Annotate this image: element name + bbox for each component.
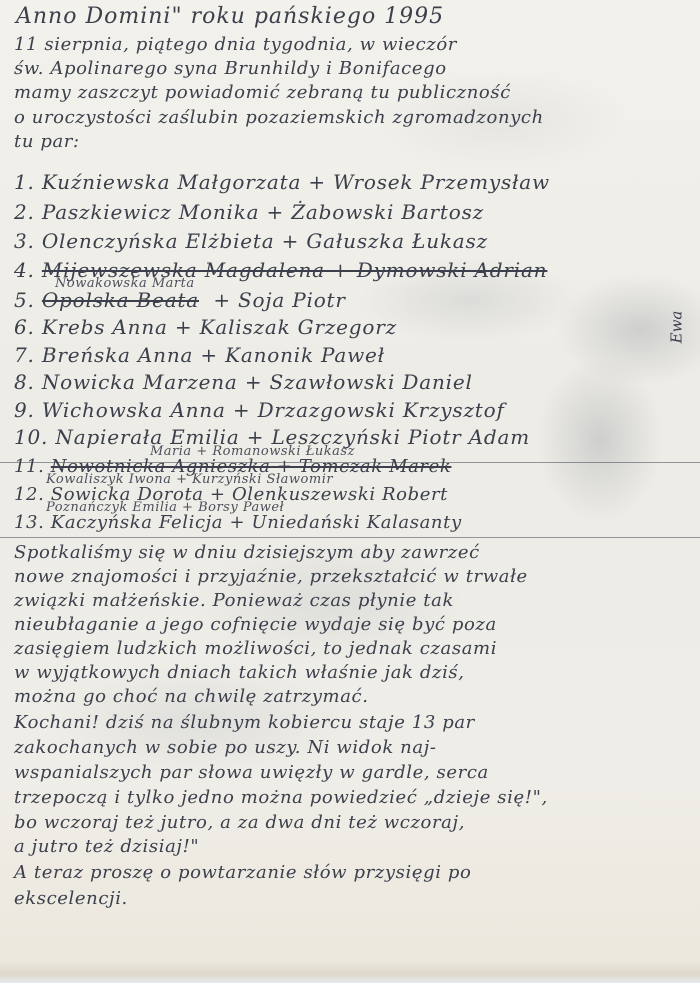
couple-number: 4. [14, 258, 35, 282]
couple-number: 10. [14, 425, 48, 449]
couple-names: Breńska Anna + Kanonik Paweł [42, 343, 385, 367]
body-line: A teraz proszę o powtarzanie słów przysi… [14, 862, 471, 883]
couple-number: 13. [14, 512, 44, 533]
body-line: trzepoczą i tylko jedno można powiedzieć… [14, 787, 548, 808]
couple-names: Kuźniewska Małgorzata + Wrosek Przemysła… [42, 170, 550, 194]
couple-item: 6. Krebs Anna + Kaliszak Grzegorz [14, 315, 397, 339]
couple-names: Nowicka Marzena + Szawłowski Daniel [42, 370, 473, 394]
body-line: a jutro też dzisiaj!" [14, 836, 199, 857]
body-line: wspanialszych par słowa uwięzły w gardle… [14, 762, 489, 783]
couple-item: 3. Olenczyńska Elżbieta + Gałuszka Łukas… [14, 229, 488, 253]
couple-number: 11. [14, 456, 44, 477]
couple-names: Olenczyńska Elżbieta + Gałuszka Łukasz [42, 229, 488, 253]
couple-names: Wichowska Anna + Drzazgowski Krzysztof [42, 398, 505, 422]
body-line: Kochani! dziś na ślubnym kobiercu staje … [14, 712, 475, 733]
couple-number: 9. [14, 398, 35, 422]
couple-item: 7. Breńska Anna + Kanonik Paweł [14, 343, 385, 367]
couple-item: 2. Paszkiewicz Monika + Żabowski Bartosz [14, 200, 484, 224]
couple-item: 1. Kuźniewska Małgorzata + Wrosek Przemy… [14, 170, 550, 194]
couple-number: 7. [14, 343, 35, 367]
body-line: nowe znajomości i przyjaźnie, przekształ… [14, 566, 528, 587]
couple-number: 1. [14, 170, 35, 194]
couple-number: 6. [14, 315, 35, 339]
intro-line-5: tu par: [14, 131, 80, 152]
couple-number: 12. [14, 484, 44, 505]
body-line: bo wczoraj też jutro, a za dwa dni też w… [14, 812, 465, 833]
handwritten-document: Anno Domini" roku pańskiego 1995 11 sier… [0, 0, 700, 983]
couple-names: Kaczyńska Felicja + Uniedański Kalasanty [51, 512, 462, 533]
couple-item: 8. Nowicka Marzena + Szawłowski Daniel [14, 370, 473, 394]
couple-item: 13. Kaczyńska Felicja + Uniedański Kalas… [14, 512, 462, 533]
body-line: związki małżeńskie. Ponieważ czas płynie… [14, 590, 454, 611]
couple-number: 8. [14, 370, 35, 394]
intro-line-1: 11 sierpnia, piątego dnia tygodnia, w wi… [14, 34, 457, 55]
couple-names: Paszkiewicz Monika + Żabowski Bartosz [42, 200, 484, 224]
intro-line-2: św. Apolinarego syna Brunhildy i Bonifac… [14, 58, 447, 79]
body-line: w wyjątkowych dniach takich właśnie jak … [14, 662, 465, 683]
intro-line-4: o uroczystości zaślubin pozaziemskich zg… [14, 107, 544, 128]
body-line: zakochanych w sobie po uszy. Ni widok na… [14, 737, 437, 758]
couple-names-rest: + Soja Piotr [206, 288, 346, 312]
couple-names: Krebs Anna + Kaliszak Grzegorz [42, 315, 397, 339]
couple-number: 3. [14, 229, 35, 253]
torn-paper-edge [0, 961, 700, 983]
couple-item: 5. Opolska Beata + Soja Piotr [14, 288, 346, 312]
body-line: Spotkaliśmy się w dniu dzisiejszym aby z… [14, 542, 480, 563]
couple-number: 5. [14, 288, 35, 312]
body-line: ekscelencji. [14, 888, 128, 909]
couple-name-struck: Opolska Beata [42, 288, 199, 312]
couple-number: 2. [14, 200, 35, 224]
side-note: Ewa [667, 311, 685, 344]
body-line: można go choć na chwilę zatrzymać. [14, 686, 369, 707]
intro-line-3: mamy zaszczyt powiadomić zebraną tu publ… [14, 82, 511, 103]
document-heading: Anno Domini" roku pańskiego 1995 [16, 4, 444, 29]
ruled-line [0, 537, 700, 538]
body-line: nieubłaganie a jego cofnięcie wydaje się… [14, 614, 497, 635]
body-line: zasięgiem ludzkich możliwości, to jednak… [14, 638, 497, 659]
couple-item: 9. Wichowska Anna + Drzazgowski Krzyszto… [14, 398, 505, 422]
